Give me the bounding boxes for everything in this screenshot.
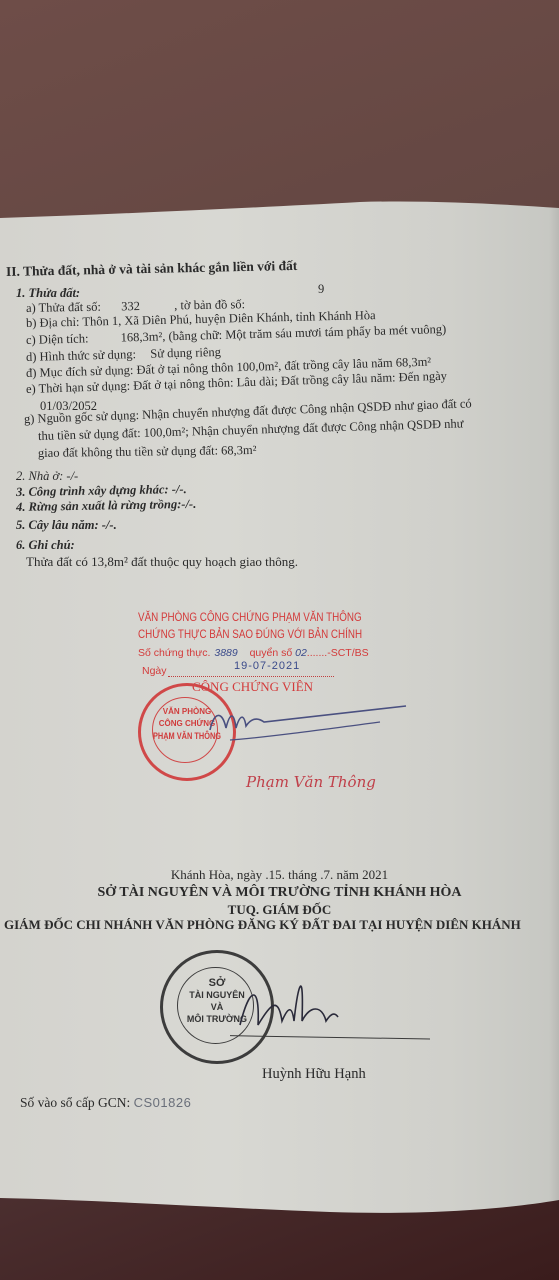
issuer-tuq: TUQ. GIÁM ĐỐC [0,902,559,918]
notary-date-row: Ngày [142,664,167,678]
address-label: b) Địa chỉ: [26,315,80,330]
map-sheet-label: , tờ bản đồ số: [174,297,245,312]
cert-no-label: Số chứng thực [138,647,208,659]
item5-perennial-trees: 5. Cây lâu năm: -/-. [16,518,117,532]
area-label: c) Diện tích: [26,331,89,347]
director-name: Huỳnh Hữu Hạnh [262,1067,366,1081]
registry-row: Số vào sổ cấp GCN: CS01826 [20,1096,191,1110]
parcel-number-label: a) Thửa đất số: [26,300,101,315]
issuer-title: GIÁM ĐỐC CHI NHÁNH VĂN PHÒNG ĐĂNG KÝ ĐẤT… [4,918,521,932]
issue-place-date: Khánh Hòa, ngày .15. tháng .7. năm 2021 [0,867,559,883]
usage-form-value: Sử dụng riêng [150,345,221,361]
cert-no-value: 3889 [214,647,237,659]
map-sheet-number: 9 [318,282,324,296]
page-fold-shadow [549,200,559,1210]
notary-date-value: 19-07-2021 [234,659,300,673]
notary-signer-name: Phạm Văn Thông [246,775,376,789]
item2-house: 2. Nhà ở: -/- [16,469,78,483]
item1-heading: 1. Thửa đất: [16,286,80,300]
usage-purpose-label: đ) Mục đích sử dụng: [26,363,134,380]
registry-label: Số vào sổ cấp GCN: [20,1095,130,1110]
issuer-department: SỞ TÀI NGUYÊN VÀ MÔI TRƯỜNG TỈNH KHÁNH H… [0,885,559,901]
book-no-value: 02 [295,647,307,659]
usage-form-label: d) Hình thức sử dụng: [26,347,136,364]
notary-signature [200,700,420,750]
date-dotted-line [168,676,334,677]
notary-certify-line: CHỨNG THỰC BẢN SAO ĐÚNG VỚI BẢN CHÍNH [138,627,362,641]
director-signature [230,965,440,1045]
parcel-number-value: 332 [121,299,140,313]
cert-suffix: -SCT/BS [327,647,368,659]
item6-heading: 6. Ghi chú: [16,538,75,552]
registry-number: CS01826 [134,1095,192,1110]
date-label: Ngày [142,665,167,677]
notary-office-line: VĂN PHÒNG CÔNG CHỨNG PHẠM VĂN THÔNG [138,610,362,624]
item6-note: Thửa đất có 13,8m² đất thuộc quy hoạch g… [26,555,298,569]
notary-cert-row: Số chứng thực. 3889 quyển số 02.......-S… [138,646,369,660]
item3-other-construction: 3. Công trình xây dựng khác: -/-. [16,482,187,499]
book-no-label: quyển số [250,647,293,659]
